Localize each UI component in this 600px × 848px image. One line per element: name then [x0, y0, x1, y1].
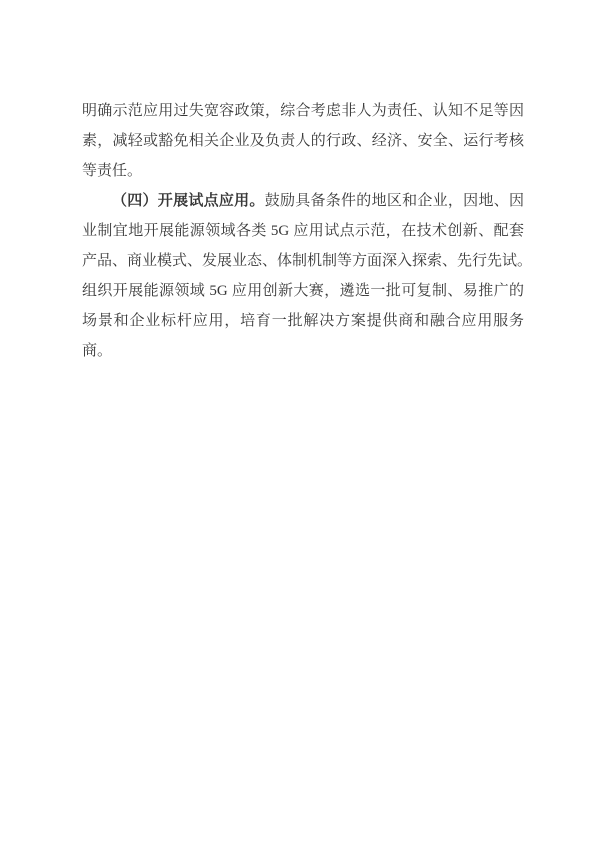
text-line: 等责任。	[82, 156, 524, 186]
paragraph-section-4: （四）开展试点应用。鼓励具备条件的地区和企业，因地、因 业制宜地开展能源领域各类…	[82, 186, 524, 366]
text-line: （四）开展试点应用。鼓励具备条件的地区和企业，因地、因	[82, 186, 524, 216]
text-line: 产品、商业模式、发展业态、体制机制等方面深入探索、先行先试。	[82, 246, 524, 276]
text-line: 素，减轻或豁免相关企业及负责人的行政、经济、安全、运行考核	[82, 126, 524, 156]
document-page: 明确示范应用过失宽容政策，综合考虑非人为责任、认知不足等因 素，减轻或豁免相关企…	[0, 0, 600, 848]
text-block: 明确示范应用过失宽容政策，综合考虑非人为责任、认知不足等因 素，减轻或豁免相关企…	[82, 96, 524, 366]
text-line: 商。	[82, 336, 524, 366]
section-4-heading: （四）开展试点应用。	[112, 193, 265, 209]
paragraph-continuation: 明确示范应用过失宽容政策，综合考虑非人为责任、认知不足等因 素，减轻或豁免相关企…	[82, 96, 524, 186]
text-line: 场景和企业标杆应用，培育一批解决方案提供商和融合应用服务	[82, 306, 524, 336]
text-line: 业制宜地开展能源领域各类 5G 应用试点示范，在技术创新、配套	[82, 216, 524, 246]
text-line: 组织开展能源领域 5G 应用创新大赛，遴选一批可复制、易推广的	[82, 276, 524, 306]
text-run: 鼓励具备条件的地区和企业，因地、因	[265, 193, 524, 209]
text-line: 明确示范应用过失宽容政策，综合考虑非人为责任、认知不足等因	[82, 96, 524, 126]
